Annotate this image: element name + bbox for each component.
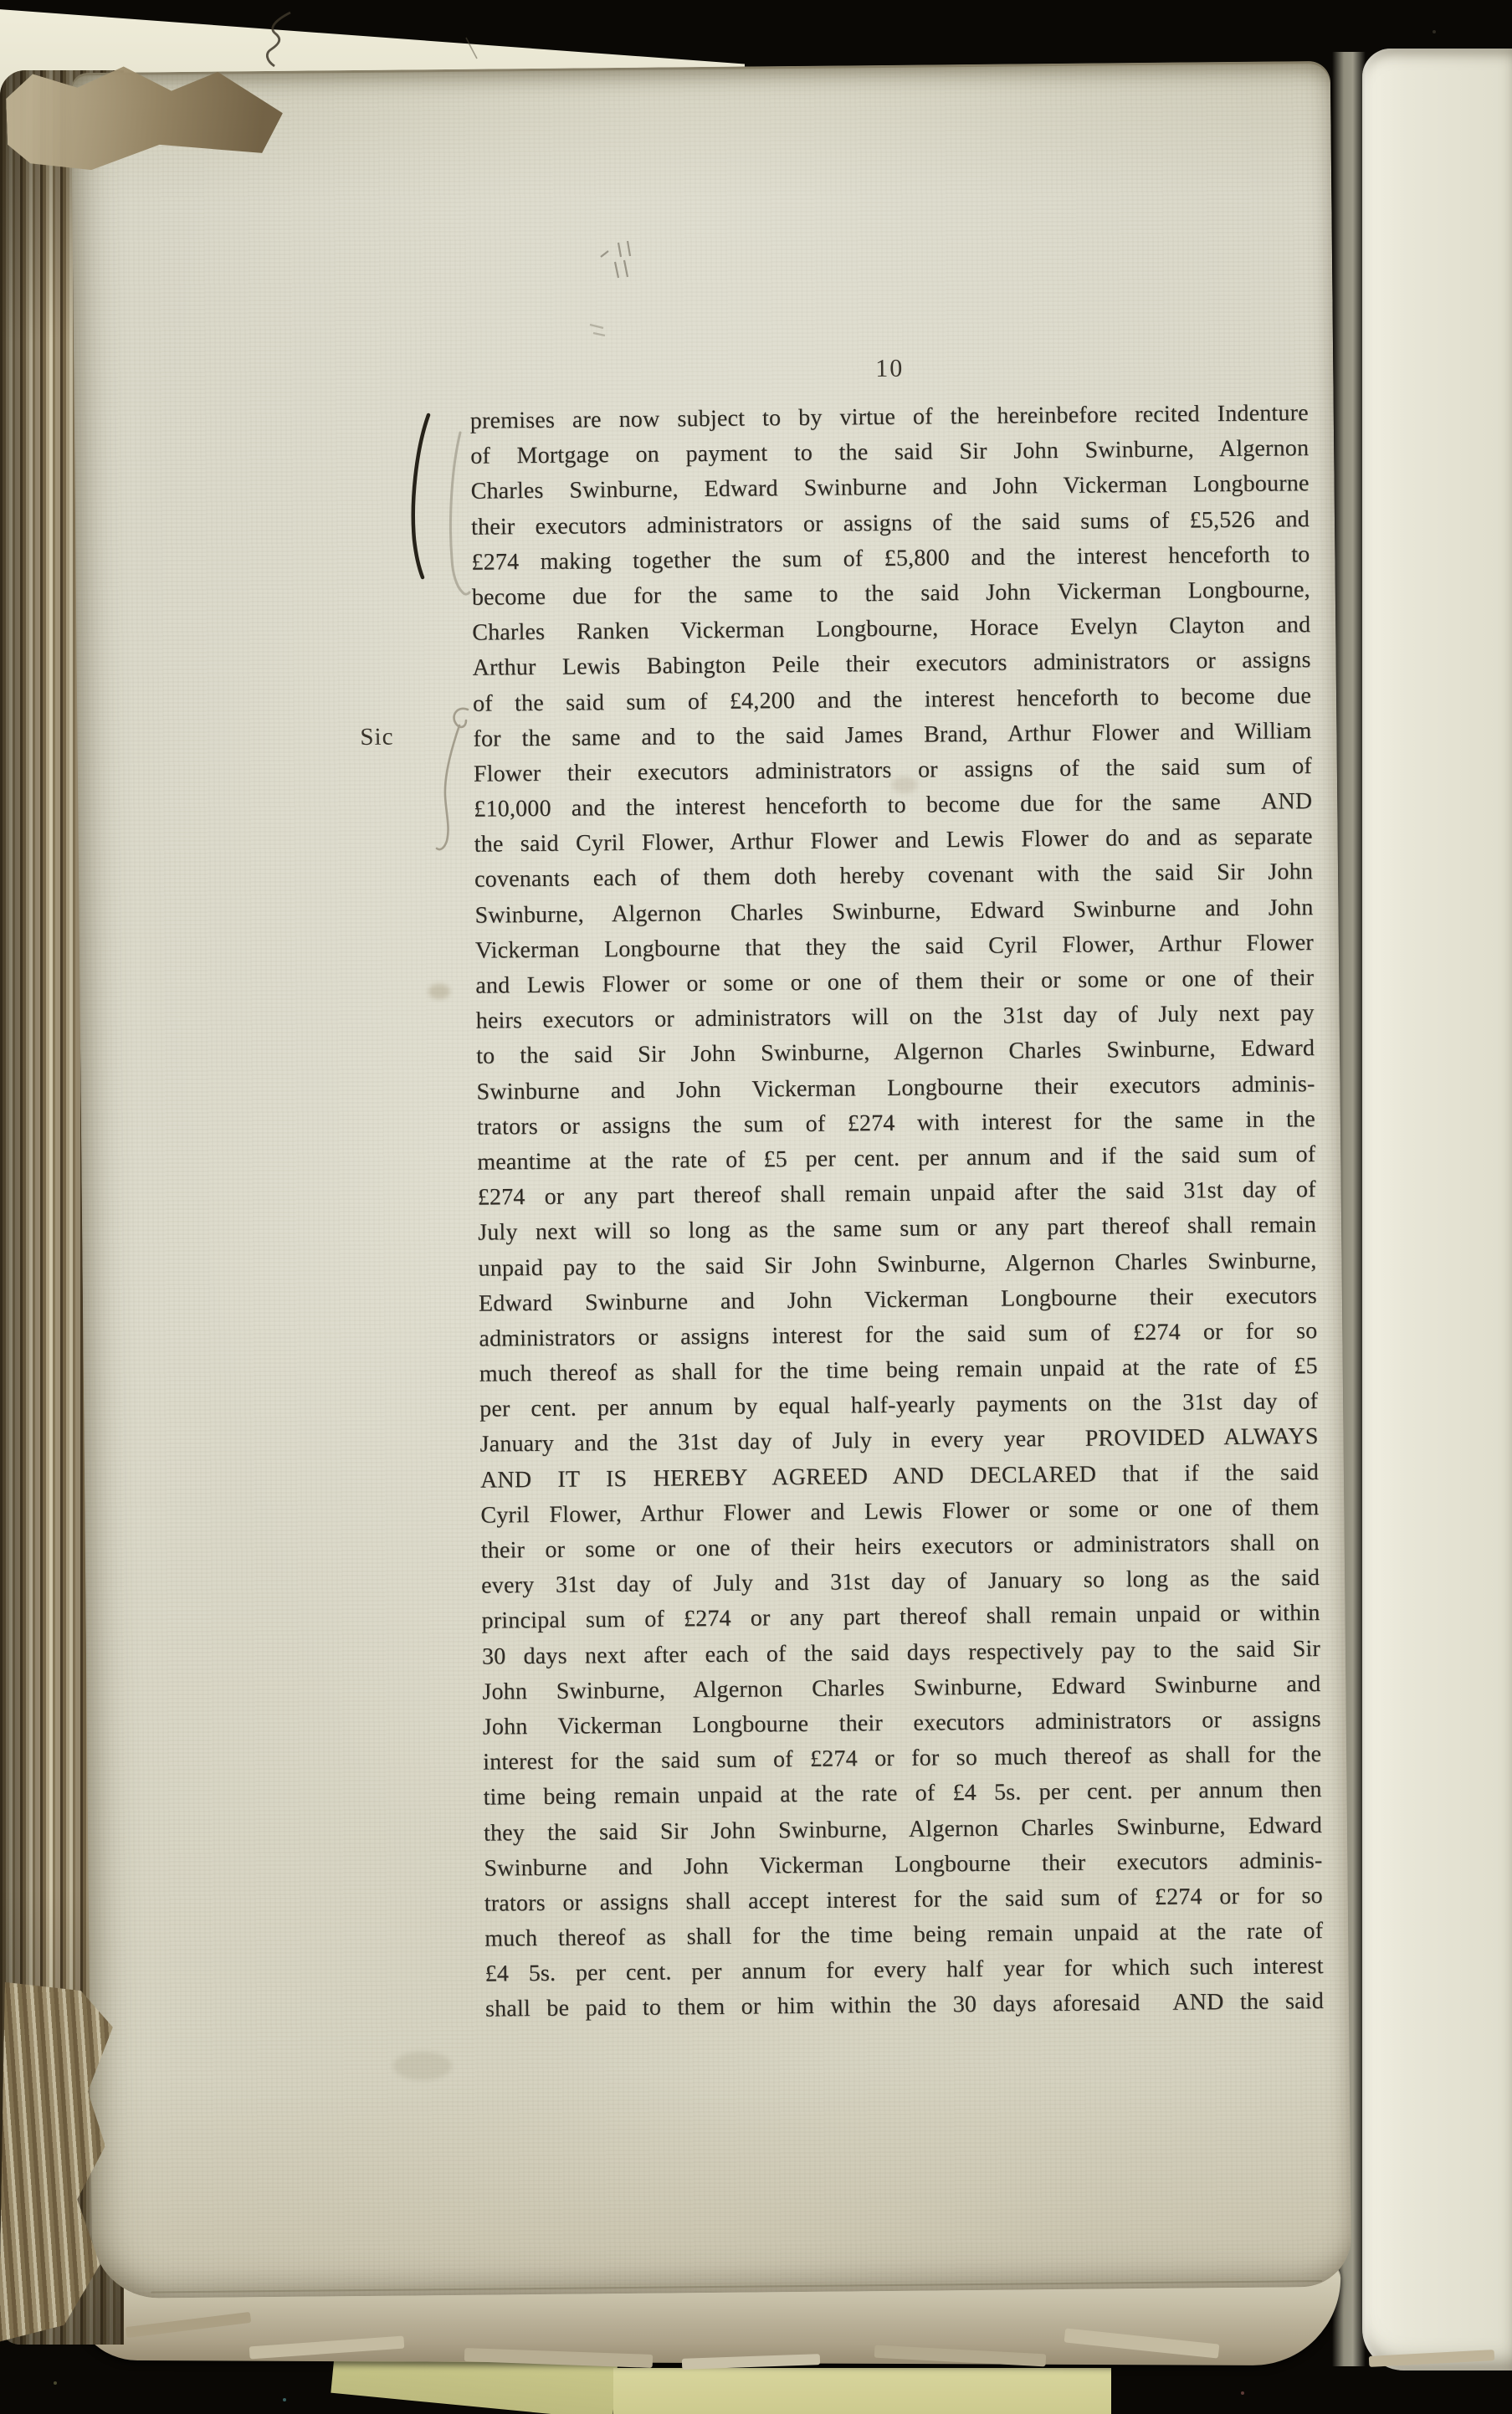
dust-speck xyxy=(283,2398,286,2401)
next-page xyxy=(1362,49,1512,2370)
dust-speck xyxy=(1241,2391,1244,2395)
document-page: 10 Sic premises are now subject to by vi… xyxy=(71,61,1351,2299)
dust-speck xyxy=(54,2381,57,2385)
text-line: shall be paid to them or him within the … xyxy=(485,1984,1324,2027)
scanned-book-photo: 10 Sic premises are now subject to by vi… xyxy=(0,0,1512,2414)
yellow-slip-right xyxy=(613,2368,1111,2414)
page-number: 10 xyxy=(839,356,940,382)
dust-speck xyxy=(1433,30,1436,33)
margin-note-sic: Sic xyxy=(360,723,393,752)
deed-paragraph: premises are now subject to by virtue of… xyxy=(470,396,1325,2027)
